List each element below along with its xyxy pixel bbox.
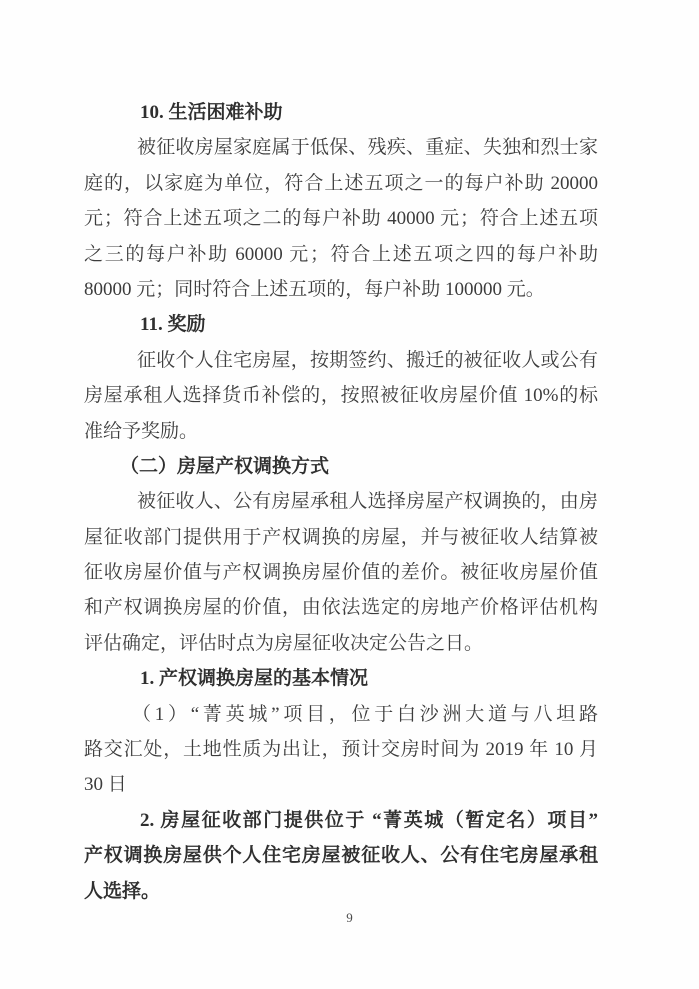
paragraph-line: 80000 元；同时符合上述五项的，每户补助 100000 元。 [84, 272, 598, 307]
section-heading-10: 10. 生活困难补助 [84, 95, 598, 130]
paragraph-line: 路交汇处，土地性质为出让，预计交房时间为 2019 年 10 月 [84, 732, 598, 767]
paragraph-line: 屋征收部门提供用于产权调换的房屋，并与被征收人结算被 [84, 520, 598, 555]
paragraph-line: 30 日 [84, 767, 598, 802]
paragraph-line: 被征收人、公有房屋承租人选择房屋产权调换的，由房 [84, 484, 598, 519]
paragraph-line: 人选择。 [84, 874, 598, 909]
document-page: 10. 生活困难补助 被征收房屋家庭属于低保、残疾、重症、失独和烈士家 庭的，以… [0, 0, 699, 989]
paragraph-line: 庭的，以家庭为单位，符合上述五项之一的每户补助 20000 [84, 166, 598, 201]
paragraph-line: 房屋承租人选择货币补偿的，按照被征收房屋价值 10%的标 [84, 378, 598, 413]
page-content: 10. 生活困难补助 被征收房屋家庭属于低保、残疾、重症、失独和烈士家 庭的，以… [84, 95, 598, 909]
paragraph-line: 征收房屋价值与产权调换房屋价值的差价。被征收房屋价值 [84, 555, 598, 590]
paragraph-line: 评估确定，评估时点为房屋征收决定公告之日。 [84, 626, 598, 661]
list-item-line: （1）“菁英城”项目，位于白沙洲大道与八坦路 [84, 697, 598, 732]
clause-heading-2-line: 2. 房屋征收部门提供位于 “菁英城（暂定名）项目” [84, 803, 598, 838]
paragraph-line: 准给予奖励。 [84, 414, 598, 449]
clause-heading-1: 1. 产权调换房屋的基本情况 [84, 661, 598, 696]
paragraph-line: 元；符合上述五项之二的每户补助 40000 元；符合上述五项 [84, 201, 598, 236]
paragraph-line: 之三的每户补助 60000 元；符合上述五项之四的每户补助 [84, 237, 598, 272]
page-number: 9 [0, 910, 699, 926]
paragraph-line: 被征收房屋家庭属于低保、残疾、重症、失独和烈士家 [84, 130, 598, 165]
section-heading-11: 11. 奖励 [84, 307, 598, 342]
subsection-heading-two: （二）房屋产权调换方式 [84, 449, 598, 484]
paragraph-line: 和产权调换房屋的价值，由依法选定的房地产价格评估机构 [84, 590, 598, 625]
paragraph-line: 产权调换房屋供个人住宅房屋被征收人、公有住宅房屋承租 [84, 838, 598, 873]
paragraph-line: 征收个人住宅房屋，按期签约、搬迁的被征收人或公有 [84, 343, 598, 378]
